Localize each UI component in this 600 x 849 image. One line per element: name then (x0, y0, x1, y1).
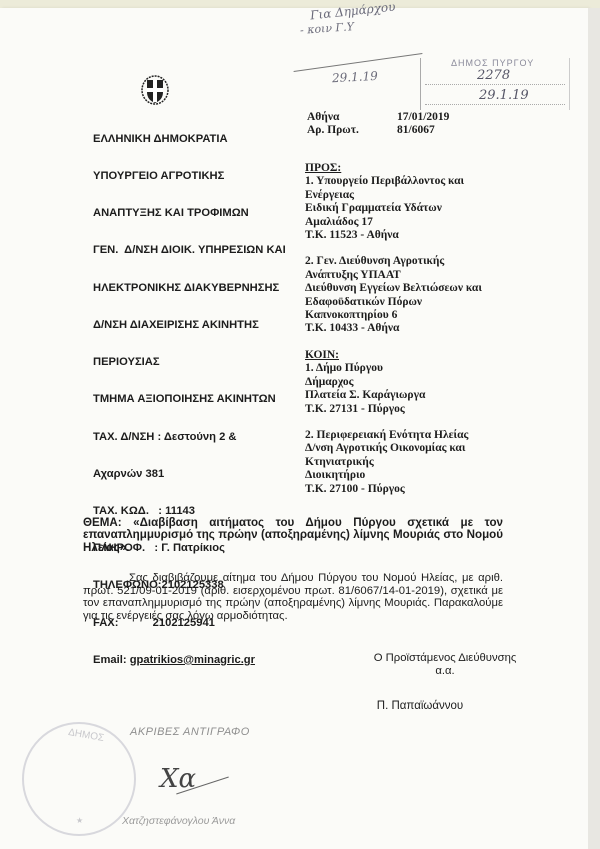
subject-line: ΘΕΜΑ: «Διαβίβαση αιτήματος του Δήμου Πύρ… (83, 517, 503, 554)
sender-line: ΗΛΕΚΤΡΟΝΙΚΗΣ ΔΙΑΚΥΒΕΡΝΗΣΗΣ (93, 282, 286, 294)
recipient-line: 2. Γεν. Διεύθυνση Αγροτικής (305, 255, 482, 268)
signatory-title: Ο Προϊστάμενος Διεύθυνσης (350, 652, 540, 665)
email-link[interactable]: gpatrikios@minagric.gr (130, 654, 255, 666)
seal-text: ΔΗΜΟΣ (67, 727, 105, 744)
incoming-protocol-stamp: ΔΗΜΟΣ ΠΥΡΓΟΥ 2278 29.1.19 (420, 58, 570, 110)
recipient-line: Διεύθυνση Εγγείων Βελτιώσεων και (305, 282, 482, 295)
sender-line: ΕΛΛΗΝΙΚΗ ΔΗΜΟΚΡΑΤΙΑ (93, 133, 286, 145)
sender-line: ΑΝΑΠΤΥΞΗΣ ΚΑΙ ΤΡΟΦΙΜΩΝ (93, 207, 286, 219)
stamp-date: 29.1.19 (479, 88, 529, 103)
cc-line: 1. Δήμο Πύργου (305, 362, 482, 375)
star-icon: ★ (76, 816, 83, 825)
certifier-name: Χατζηστεφάνογλου Άννα (122, 815, 235, 827)
sender-line: Αχαρνών 381 (93, 468, 286, 480)
handwritten-date: 29.1.19 (332, 69, 378, 85)
cc-line: Πλατεία Σ. Καράγιωργα (305, 389, 482, 402)
municipal-seal: ΔΗΜΟΣ ★ (22, 722, 136, 836)
sender-line: ΠΕΡΙΟΥΣΙΑΣ (93, 356, 286, 368)
cc-line: Τ.Κ. 27100 - Πύργος (305, 483, 482, 496)
recipient-line: Καπνοκοπτηρίου 6 (305, 309, 482, 322)
letter-body: Σας διαβιβάζουμε αίτημα του Δήμου Πύργου… (83, 572, 503, 622)
sender-line: ΓΕΝ. Δ/ΝΣΗ ΔΙΟΙΚ. ΥΠΗΡΕΣΙΩΝ ΚΑΙ (93, 244, 286, 256)
stamp-dotted-line (425, 84, 565, 85)
signatory-name: Π. Παπαϊωάννου (345, 700, 495, 712)
stamp-number: 2278 (477, 68, 510, 83)
email-label: Email: (93, 654, 130, 666)
sender-line: Δ/ΝΣΗ ΔΙΑΧΕΙΡΙΣΗΣ ΑΚΙΝΗΤΗΣ (93, 319, 286, 331)
sender-line: ΥΠΟΥΡΓΕΙΟ ΑΓΡΟΤΙΚΗΣ (93, 170, 286, 182)
signature-block: Ο Προϊστάμενος Διεύθυνσης α.α. (350, 652, 540, 678)
recipient-line: Ενέργειας (305, 189, 482, 202)
cc-heading: ΚΟΙΝ: (305, 349, 482, 362)
protocol-label: Αρ. Πρωτ. (307, 124, 397, 137)
place-label: Αθήνα (307, 111, 397, 124)
recipient-line: 1. Υπουργείο Περιβάλλοντος και (305, 175, 482, 188)
recipient-line: Τ.Κ. 11523 - Αθήνα (305, 229, 482, 242)
recipient-line: Τ.Κ. 10433 - Αθήνα (305, 322, 482, 335)
on-behalf-marker: α.α. (350, 665, 540, 678)
stamp-title: ΔΗΜΟΣ ΠΥΡΓΟΥ (451, 58, 534, 68)
document-meta: Αθήνα17/01/2019 Αρ. Πρωτ.81/6067 (307, 111, 449, 137)
recipients-block: ΠΡΟΣ: 1. Υπουργείο Περιβάλλοντος και Ενέ… (305, 162, 482, 496)
scan-right-edge (588, 8, 600, 849)
recipient-line: Ειδική Γραμματεία Υδάτων (305, 202, 482, 215)
recipient-line: Ανάπτυξης ΥΠΑΑΤ (305, 269, 482, 282)
document-date: 17/01/2019 (397, 111, 449, 124)
protocol-number: 81/6067 (397, 124, 435, 137)
cc-line: Διοικητήριο (305, 469, 482, 482)
body-paragraph: Σας διαβιβάζουμε αίτημα του Δήμου Πύργου… (83, 572, 503, 622)
cc-line: Τ.Κ. 27131 - Πύργος (305, 403, 482, 416)
greek-coat-of-arms-icon (140, 74, 170, 106)
stamp-dotted-line (425, 104, 565, 105)
cc-line: 2. Περιφερειακή Ενότητα Ηλείας (305, 429, 482, 442)
cc-line: Δήμαρχος (305, 376, 482, 389)
recipient-line: Εδαφοϋδατικών Πόρων (305, 296, 482, 309)
certified-copy-label: ΑΚΡΙΒΕΣ ΑΝΤΙΓΡΑΦΟ (130, 726, 250, 738)
scan-top-edge (0, 0, 600, 8)
sender-line: ΤΜΗΜΑ ΑΞΙΟΠΟΙΗΣΗΣ ΑΚΙΝΗΤΩΝ (93, 393, 286, 405)
cc-line: Δ/νση Αγροτικής Οικονομίας και (305, 442, 482, 455)
sender-line: ΤΑΧ. Δ/ΝΣΗ : Δεστούνη 2 & (93, 431, 286, 443)
cc-line: Κτηνιατρικής (305, 456, 482, 469)
recipient-line: Αμαλιάδος 17 (305, 216, 482, 229)
to-heading: ΠΡΟΣ: (305, 162, 482, 175)
email-line: Email: gpatrikios@minagric.gr (93, 654, 286, 666)
